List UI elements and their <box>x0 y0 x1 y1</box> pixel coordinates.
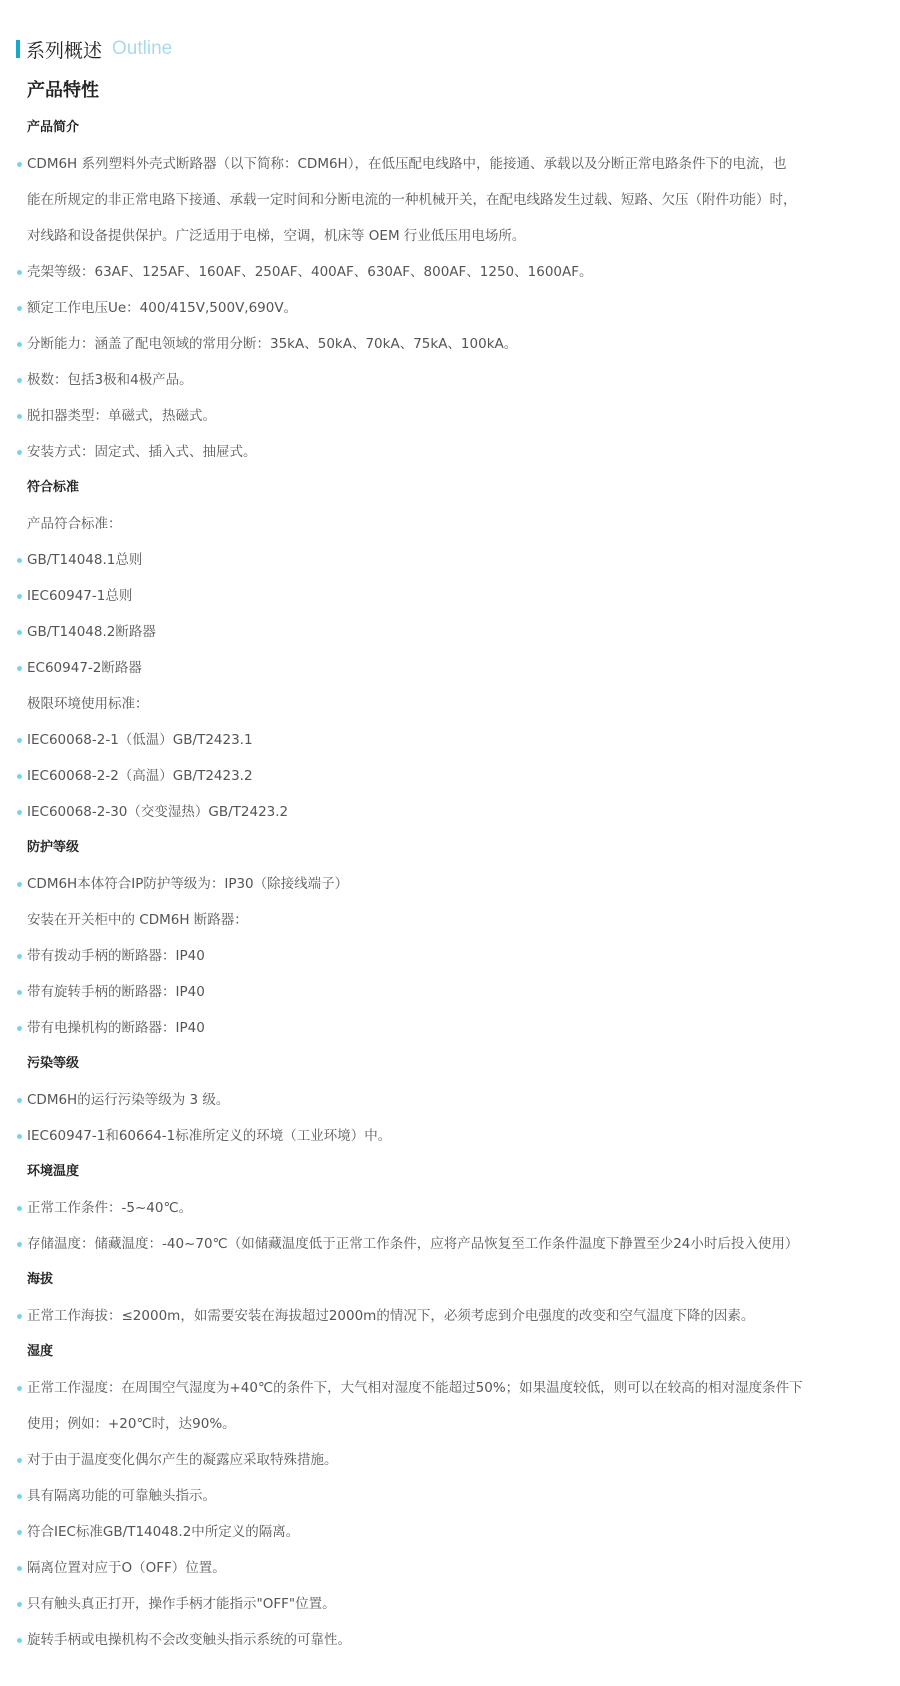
bullet-dot-icon <box>17 1026 22 1031</box>
row-text: IEC60068-2-2（高温）GB/T2423.2 <box>27 768 253 784</box>
row-text: 壳架等级：63AF、125AF、160AF、250AF、400AF、630AF、… <box>27 264 593 280</box>
row-text: GB/T14048.1总则 <box>27 552 142 568</box>
feature-content: 产品简介CDM6H 系列塑料外壳式断路器（以下简称：CDM6H），在低压配电线路… <box>0 110 900 1658</box>
list-item: 带有拨动手柄的断路器：IP40 <box>0 938 900 974</box>
bullet-dot-icon <box>17 630 22 635</box>
bullet-dot-icon <box>17 162 22 167</box>
row-text: 防护等级 <box>27 840 79 855</box>
row-text: 产品符合标准： <box>27 516 122 532</box>
bullet-dot-icon <box>17 1494 22 1499</box>
bullet-dot-icon <box>17 882 22 887</box>
list-item: CDM6H 系列塑料外壳式断路器（以下简称：CDM6H），在低压配电线路中，能接… <box>0 146 900 182</box>
row-text: 额定工作电压Ue：400/415V,500V,690V。 <box>27 300 297 316</box>
bullet-dot-icon <box>17 810 22 815</box>
bullet-dot-icon <box>17 1242 22 1247</box>
row-text: IEC60068-2-30（交变湿热）GB/T2423.2 <box>27 804 288 820</box>
bullet-dot-icon <box>17 1638 22 1643</box>
row-text: 符合IEC标准GB/T14048.2中所定义的隔离。 <box>27 1524 299 1540</box>
list-item: 正常工作海拔：≤2000m，如需要安装在海拔超过2000m的情况下，必须考虑到介… <box>0 1298 900 1334</box>
subsection-heading: 产品简介 <box>0 110 900 146</box>
row-text: 环境温度 <box>27 1164 79 1179</box>
row-text: 存储温度：储藏温度：-40~70℃（如储藏温度低于正常工作条件，应将产品恢复至工… <box>27 1236 798 1252</box>
row-text: 极限环境使用标准： <box>27 696 149 712</box>
row-text: 带有拨动手柄的断路器：IP40 <box>27 948 205 964</box>
list-item: 符合IEC标准GB/T14048.2中所定义的隔离。 <box>0 1514 900 1550</box>
list-item: CDM6H的运行污染等级为 3 级。 <box>0 1082 900 1118</box>
row-text: CDM6H本体符合IP防护等级为：IP30（除接线端子） <box>27 876 348 892</box>
list-item: 只有触头真正打开，操作手柄才能指示"OFF"位置。 <box>0 1586 900 1622</box>
paragraph-text: 极限环境使用标准： <box>0 686 900 722</box>
bullet-dot-icon <box>17 342 22 347</box>
bullet-dot-icon <box>17 378 22 383</box>
row-text: 对于由于温度变化偶尔产生的凝露应采取特殊措施。 <box>27 1452 338 1468</box>
bullet-dot-icon <box>17 450 22 455</box>
list-item: 具有隔离功能的可靠触头指示。 <box>0 1478 900 1514</box>
list-item: 存储温度：储藏温度：-40~70℃（如储藏温度低于正常工作条件，应将产品恢复至工… <box>0 1226 900 1262</box>
list-item: 带有旋转手柄的断路器：IP40 <box>0 974 900 1010</box>
subsection-heading: 湿度 <box>0 1334 900 1370</box>
bullet-dot-icon <box>17 270 22 275</box>
list-item: IEC60068-2-1（低温）GB/T2423.1 <box>0 722 900 758</box>
row-text: GB/T14048.2断路器 <box>27 624 156 640</box>
subsection-heading: 海拔 <box>0 1262 900 1298</box>
list-item: 正常工作湿度：在周围空气湿度为+40℃的条件下，大气相对湿度不能超过50%；如果… <box>0 1370 900 1406</box>
subsection-heading: 环境温度 <box>0 1154 900 1190</box>
row-text: 海拔 <box>27 1272 53 1287</box>
list-item: 分断能力：涵盖了配电领域的常用分断：35kA、50kA、70kA、75kA、10… <box>0 326 900 362</box>
row-text: IEC60947-1和60664-1标准所定义的环境（工业环境）中。 <box>27 1128 391 1144</box>
bullet-dot-icon <box>17 666 22 671</box>
bullet-dot-icon <box>17 1530 22 1535</box>
row-text: 污染等级 <box>27 1056 79 1071</box>
bullet-dot-icon <box>17 1386 22 1391</box>
list-item: IEC60947-1和60664-1标准所定义的环境（工业环境）中。 <box>0 1118 900 1154</box>
bullet-dot-icon <box>17 1602 22 1607</box>
bullet-dot-icon <box>17 306 22 311</box>
bullet-dot-icon <box>17 1458 22 1463</box>
list-item: 额定工作电压Ue：400/415V,500V,690V。 <box>0 290 900 326</box>
bullet-dot-icon <box>17 954 22 959</box>
row-text: 旋转手柄或电操机构不会改变触头指示系统的可靠性。 <box>27 1632 351 1648</box>
row-text: 正常工作条件：-5~40℃。 <box>27 1200 192 1216</box>
row-text: IEC60068-2-1（低温）GB/T2423.1 <box>27 732 253 748</box>
row-text: 符合标准 <box>27 480 79 495</box>
bullet-dot-icon <box>17 774 22 779</box>
list-item: 旋转手柄或电操机构不会改变触头指示系统的可靠性。 <box>0 1622 900 1658</box>
row-text: 安装方式：固定式、插入式、抽屉式。 <box>27 444 257 460</box>
list-item: 带有电操机构的断路器：IP40 <box>0 1010 900 1046</box>
list-item: 正常工作条件：-5~40℃。 <box>0 1190 900 1226</box>
bullet-dot-icon <box>17 1206 22 1211</box>
row-text: 只有触头真正打开，操作手柄才能指示"OFF"位置。 <box>27 1596 336 1612</box>
bullet-dot-icon <box>17 1134 22 1139</box>
list-item: 极数：包括3极和4极产品。 <box>0 362 900 398</box>
list-item: IEC60947-1总则 <box>0 578 900 614</box>
list-item: 壳架等级：63AF、125AF、160AF、250AF、400AF、630AF、… <box>0 254 900 290</box>
bullet-dot-icon <box>17 558 22 563</box>
row-text: 具有隔离功能的可靠触头指示。 <box>27 1488 216 1504</box>
subsection-heading: 污染等级 <box>0 1046 900 1082</box>
list-item: IEC60068-2-30（交变湿热）GB/T2423.2 <box>0 794 900 830</box>
row-text: 能在所规定的非正常电路下接通、承载一定时间和分断电流的一种机械开关，在配电线路发… <box>27 192 797 208</box>
bullet-dot-icon <box>17 1314 22 1319</box>
bullet-dot-icon <box>17 1566 22 1571</box>
bullet-dot-icon <box>17 990 22 995</box>
list-item: GB/T14048.2断路器 <box>0 614 900 650</box>
section-title-en: Outline <box>112 38 172 60</box>
row-text: 极数：包括3极和4极产品。 <box>27 372 193 388</box>
section-title-cn: 系列概述 <box>26 36 102 63</box>
paragraph-text: 产品符合标准： <box>0 506 900 542</box>
bullet-dot-icon <box>17 414 22 419</box>
paragraph-text: 安装在开关柜中的 CDM6H 断路器： <box>0 902 900 938</box>
row-text: 分断能力：涵盖了配电领域的常用分断：35kA、50kA、70kA、75kA、10… <box>27 336 517 352</box>
row-text: 湿度 <box>27 1344 53 1359</box>
list-item-continuation: 对线路和设备提供保护。广泛适用于电梯，空调，机床等 OEM 行业低压用电场所。 <box>0 218 900 254</box>
row-text: 带有旋转手柄的断路器：IP40 <box>27 984 205 1000</box>
list-item: 隔离位置对应于O（OFF）位置。 <box>0 1550 900 1586</box>
list-item: GB/T14048.1总则 <box>0 542 900 578</box>
subsection-heading: 防护等级 <box>0 830 900 866</box>
row-text: 脱扣器类型：单磁式，热磁式。 <box>27 408 216 424</box>
row-text: CDM6H的运行污染等级为 3 级。 <box>27 1092 229 1108</box>
row-text: 正常工作湿度：在周围空气湿度为+40℃的条件下，大气相对湿度不能超过50%；如果… <box>27 1380 803 1396</box>
list-item: 安装方式：固定式、插入式、抽屉式。 <box>0 434 900 470</box>
row-text: 产品简介 <box>27 120 79 135</box>
row-text: 使用；例如：+20℃时，达90%。 <box>27 1416 236 1432</box>
row-text: EC60947-2断路器 <box>27 660 142 676</box>
row-text: 安装在开关柜中的 CDM6H 断路器： <box>27 912 248 928</box>
bullet-dot-icon <box>17 1098 22 1103</box>
subsection-heading: 符合标准 <box>0 470 900 506</box>
bullet-dot-icon <box>17 738 22 743</box>
list-item: IEC60068-2-2（高温）GB/T2423.2 <box>0 758 900 794</box>
list-item: CDM6H本体符合IP防护等级为：IP30（除接线端子） <box>0 866 900 902</box>
page-heading: 产品特性 <box>27 76 99 102</box>
row-text: 带有电操机构的断路器：IP40 <box>27 1020 205 1036</box>
list-item-continuation: 能在所规定的非正常电路下接通、承载一定时间和分断电流的一种机械开关，在配电线路发… <box>0 182 900 218</box>
row-text: 隔离位置对应于O（OFF）位置。 <box>27 1560 226 1576</box>
row-text: 对线路和设备提供保护。广泛适用于电梯，空调，机床等 OEM 行业低压用电场所。 <box>27 228 525 244</box>
list-item: EC60947-2断路器 <box>0 650 900 686</box>
section-accent-bar <box>16 40 20 58</box>
list-item-continuation: 使用；例如：+20℃时，达90%。 <box>0 1406 900 1442</box>
list-item: 对于由于温度变化偶尔产生的凝露应采取特殊措施。 <box>0 1442 900 1478</box>
row-text: 正常工作海拔：≤2000m，如需要安装在海拔超过2000m的情况下，必须考虑到介… <box>27 1308 754 1324</box>
row-text: CDM6H 系列塑料外壳式断路器（以下简称：CDM6H），在低压配电线路中，能接… <box>27 156 786 172</box>
row-text: IEC60947-1总则 <box>27 588 132 604</box>
bullet-dot-icon <box>17 594 22 599</box>
section-header: 系列概述 Outline <box>16 37 172 61</box>
list-item: 脱扣器类型：单磁式，热磁式。 <box>0 398 900 434</box>
